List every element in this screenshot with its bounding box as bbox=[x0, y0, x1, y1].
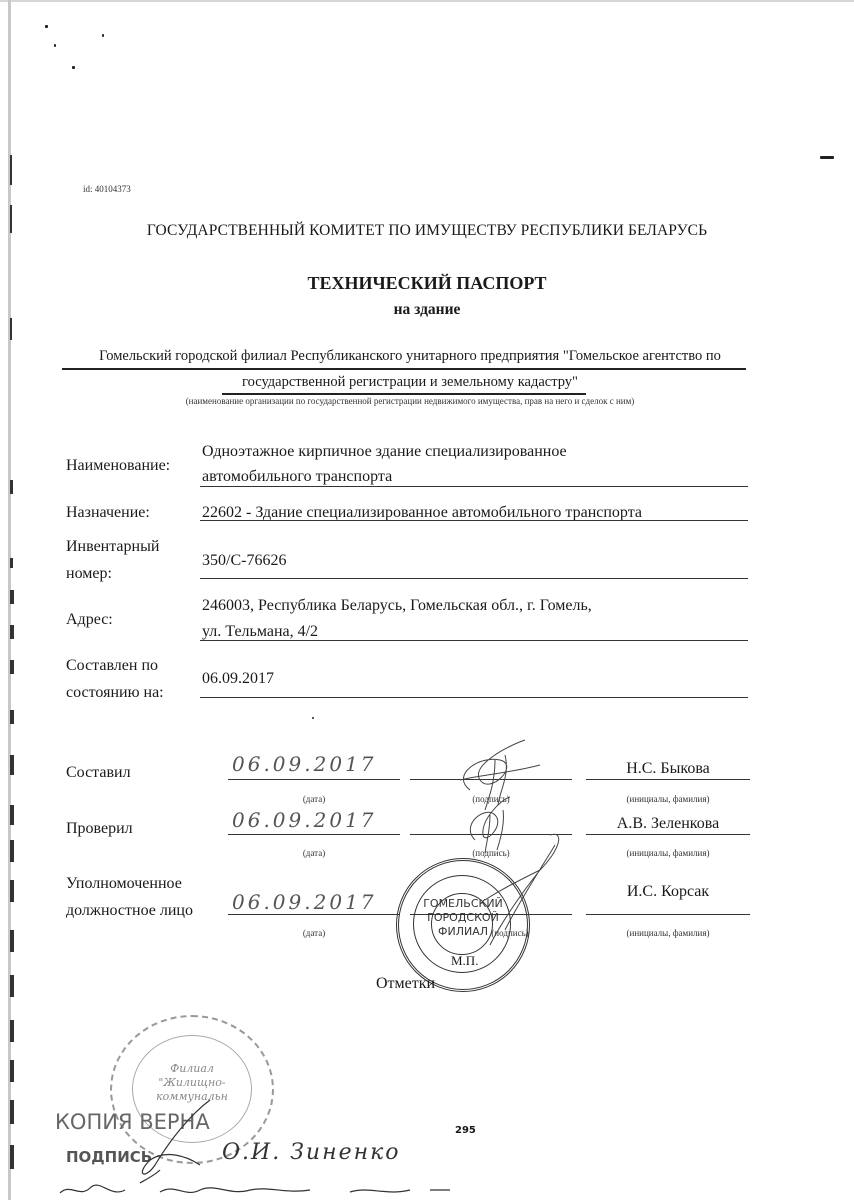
organization-underline bbox=[222, 393, 586, 395]
name-caption: (инициалы, фамилия) bbox=[586, 794, 750, 804]
scan-mark bbox=[10, 558, 13, 568]
scan-mark bbox=[10, 318, 12, 340]
issuing-committee: ГОСУДАРСТВЕННЫЙ КОМИТЕТ ПО ИМУЩЕСТВУ РЕС… bbox=[0, 222, 854, 240]
field-label: Наименование: bbox=[66, 452, 170, 479]
field-label-line1: Инвентарный bbox=[66, 533, 159, 560]
scan-mark bbox=[10, 1020, 14, 1042]
scan-mark bbox=[10, 660, 14, 674]
scan-mark bbox=[10, 480, 13, 494]
organization-caption: (наименование организации по государстве… bbox=[60, 396, 760, 406]
scan-border-top bbox=[0, 0, 854, 2]
organization-name-line2: государственной регистрации и земельному… bbox=[60, 374, 760, 391]
field-value: 22602 - Здание специализированное автомо… bbox=[202, 499, 642, 526]
field-label-line2: состоянию на: bbox=[66, 679, 164, 706]
scan-speck bbox=[72, 66, 75, 69]
field-underline bbox=[200, 520, 748, 521]
scan-mark bbox=[10, 975, 14, 997]
organization-underline bbox=[62, 368, 746, 370]
scan-mark bbox=[10, 840, 14, 862]
signer-name: Н.С. Быкова bbox=[586, 760, 750, 778]
scan-speck bbox=[45, 25, 48, 28]
field-underline bbox=[200, 578, 748, 579]
signature-role: Проверил bbox=[66, 815, 133, 843]
marks-heading: Отметки bbox=[376, 975, 435, 993]
organization-name-line1: Гомельский городской филиал Республиканс… bbox=[60, 348, 760, 365]
name-underline bbox=[586, 834, 750, 835]
scan-speck bbox=[54, 44, 56, 47]
handwritten-note-icon bbox=[50, 1178, 470, 1200]
page-number: 295 bbox=[455, 1125, 476, 1136]
scan-mark bbox=[10, 625, 14, 639]
name-caption: (инициалы, фамилия) bbox=[586, 848, 750, 858]
scan-mark bbox=[10, 590, 14, 604]
date-underline bbox=[228, 779, 400, 780]
field-value: 350/С-76626 bbox=[202, 547, 286, 574]
scan-mark bbox=[10, 710, 14, 724]
scan-mark bbox=[10, 1060, 14, 1082]
scan-mark bbox=[10, 880, 14, 902]
signer-name: А.В. Зеленкова bbox=[586, 815, 750, 833]
scan-mark bbox=[10, 930, 14, 952]
scan-speck bbox=[820, 156, 834, 159]
scan-mark bbox=[10, 1145, 14, 1169]
field-value-line1: Одноэтажное кирпичное здание специализир… bbox=[202, 438, 567, 465]
field-underline bbox=[200, 697, 748, 698]
signature-role-line2: должностное лицо bbox=[66, 897, 193, 925]
signature-role-line1: Уполномоченное bbox=[66, 870, 182, 898]
date-underline bbox=[228, 834, 400, 835]
document-id: id: 40104373 bbox=[83, 184, 131, 194]
signature-date: 06.09.2017 bbox=[232, 808, 377, 832]
signature-role: Составил bbox=[66, 759, 131, 787]
date-underline bbox=[228, 914, 400, 915]
copy-handwritten-name: О.И. Зиненко bbox=[222, 1140, 400, 1165]
field-label-line2: номер: bbox=[66, 560, 112, 587]
stamp-mp-label: М.П. bbox=[451, 953, 478, 969]
field-value-line1: 246003, Республика Беларусь, Гомельская … bbox=[202, 592, 592, 619]
document-title: ТЕХНИЧЕСКИЙ ПАСПОРТ bbox=[0, 273, 854, 294]
name-caption: (инициалы, фамилия) bbox=[586, 928, 750, 938]
scan-mark bbox=[10, 1100, 14, 1124]
scan-mark bbox=[10, 755, 14, 775]
signature-date: 06.09.2017 bbox=[232, 890, 377, 914]
date-caption: (дата) bbox=[228, 848, 400, 858]
field-label: Адрес: bbox=[66, 606, 113, 633]
name-underline bbox=[586, 779, 750, 780]
scan-speck bbox=[102, 34, 104, 37]
field-underline bbox=[200, 640, 748, 641]
field-label-line1: Составлен по bbox=[66, 652, 158, 679]
handwritten-signature-icon bbox=[130, 1095, 220, 1185]
signature-date: 06.09.2017 bbox=[232, 752, 377, 776]
document-subtitle: на здание bbox=[0, 301, 854, 319]
date-caption: (дата) bbox=[228, 928, 400, 938]
field-label: Назначение: bbox=[66, 499, 150, 526]
stamp-text-line: "Жилищно- bbox=[142, 1076, 242, 1090]
field-underline bbox=[200, 486, 748, 487]
scan-speck bbox=[312, 717, 314, 719]
date-caption: (дата) bbox=[228, 794, 400, 804]
scan-mark bbox=[10, 155, 12, 185]
handwritten-signature-icon bbox=[480, 830, 570, 950]
scan-mark bbox=[10, 805, 14, 825]
name-underline bbox=[586, 914, 750, 915]
stamp-text-line: Филиал bbox=[142, 1062, 242, 1076]
field-value: 06.09.2017 bbox=[202, 665, 274, 692]
signer-name: И.С. Корсак bbox=[586, 883, 750, 901]
